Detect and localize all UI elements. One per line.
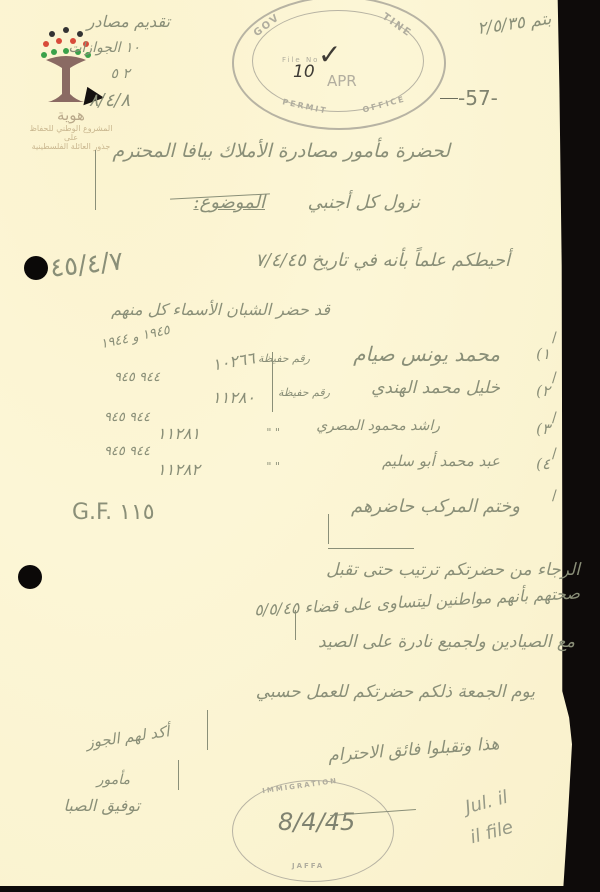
list-name: محمد يونس صيام [353,342,500,366]
list-number: ٤) [536,455,550,473]
punch-hole [18,565,42,589]
list-label: " " [266,460,280,473]
top-left-note: تقديم مصادر [87,12,170,31]
list-name: عبد محمد أبو سليم [382,452,500,470]
stamp-handwritten-number: 10 [293,62,315,82]
watermark-subtitle: جذور العائلة الفلسطينية [26,142,116,151]
list-margin-note: ٩٤٤ ٩٤٥ [104,444,150,459]
checkmark-icon: ✓ [318,38,341,71]
list-label: رقم حفيظة [278,386,330,399]
top-left-note: ٢ ٥ [110,66,130,82]
recipient-line: لحضرة مأمور مصادرة الأملاك بيافا المحترم [112,140,450,162]
list-number: ١) [536,345,550,363]
watermark-subtitle: المشروع الوطني للحفاظ على [26,124,116,142]
checkmark-icon: / [552,446,557,462]
list-label: " " [266,426,280,439]
list-name: خليل محمد الهندي [371,378,500,398]
list-label: رقم حفيظة [258,352,310,365]
paragraph-line-3: مع الصيادين ولجميع نادرة على الصيد [318,632,575,652]
watermark-caption: هوية المشروع الوطني للحفاظ على جذور العا… [26,106,116,151]
checkmark-icon: / [552,410,557,426]
intro-line-2: قد حضر الشبان الأسماء كل منهم [111,300,330,319]
closing-title: مأمور [97,772,130,788]
list-id: ١١٢٨١ [157,424,200,443]
margin-bracket [178,760,179,790]
intro-line-1: أحيطكم علماً بأنه في تاريخ ٧/٤/٤٥ [255,250,510,271]
checkmark-icon: / [552,488,557,504]
list-bracket [272,352,273,412]
top-left-note: ٨/٤/٨ [89,90,130,111]
list-id: ١١٢٨٠ [212,388,255,407]
list-margin-note: ٩٤٤ ٩٤٥ [114,370,160,385]
margin-bracket [328,514,329,544]
top-left-note: ١٠ الجوازات [68,40,140,56]
rule-line [328,548,414,549]
list-id: ١١٢٨٢ [157,460,200,479]
tree-of-people-icon [36,24,96,114]
stamp-date: 8/4/45 [278,808,355,836]
margin-bracket [95,150,96,210]
margin-bracket [207,710,208,750]
list-number: ٢) [536,382,550,400]
signature: توفيق الصبا [63,796,140,815]
paragraph-line-1: الرجاء من حضرتكم ترتيب حتى تقبل [326,560,580,580]
margin-bracket [295,610,296,640]
stamp-ring-text: JAFFA [292,862,324,870]
checkmark-icon: / [552,330,557,346]
list-name: راشد محمود المصري [316,418,440,434]
paragraph-line-4: يوم الجمعة ذلكم حضرتكم للعمل حسبي [256,682,535,702]
punch-hole [24,256,48,280]
list-margin-note: ٩٤٤ ٩٤٥ [104,410,150,425]
page-number-dash [440,98,458,99]
list-footer: وختم المركب حاضرهم [351,496,520,517]
checkmark-icon: / [552,370,557,386]
subject-text: نزول كل أجنبي [308,192,420,213]
file-reference: G.F. ١١٥ [72,500,155,525]
list-number: ٣) [536,420,550,438]
page-number: -57- [458,86,498,110]
stamp-month: APR [327,72,357,90]
